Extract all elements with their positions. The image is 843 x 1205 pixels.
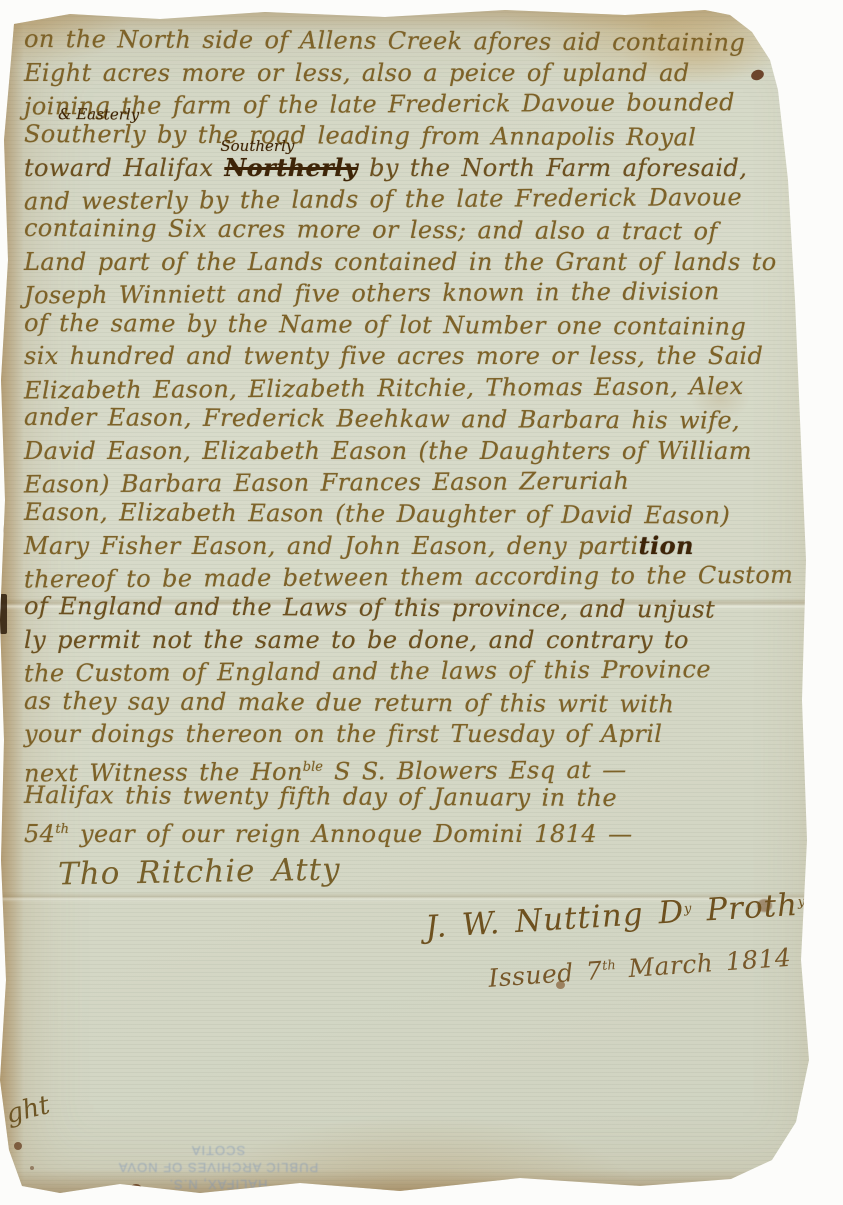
text-line: Elizabeth Eason, Elizabeth Ritchie, Thom… [24, 370, 824, 406]
stamp-line: PUBLIC ARCHIVES OF NOVA SCOTIA [92, 1142, 344, 1176]
scanned-document: on the North side of Allens Creek afores… [0, 0, 843, 1205]
text-line: & EasterlySoutherly by the road leading … [24, 118, 824, 154]
text-line-text: 54 [24, 820, 55, 848]
text-line: containing Six acres more or less; and a… [24, 213, 824, 249]
text-line: as they say and make due return of this … [24, 685, 824, 721]
text-line-text: by the North Farm aforesaid, [358, 154, 747, 182]
interline-correction: & Easterly [58, 107, 139, 122]
superscript: ble [303, 759, 323, 774]
text-line: of the same by the Name of lot Number on… [24, 307, 824, 343]
text-line: thereof to be made between them accordin… [24, 559, 824, 595]
superscript: y [797, 894, 805, 909]
paper-sheet: on the North side of Allens Creek afores… [0, 0, 843, 1205]
stain [806, 232, 824, 258]
stamp-line: HALIFAX, N.S. [92, 1176, 344, 1193]
text-line: and westerly by the lands of the late Fr… [24, 181, 824, 217]
signature-attorney: Tho Ritchie Atty [58, 852, 341, 893]
superscript: th [602, 958, 617, 974]
text-line: your doings thereon on the first Tuesday… [24, 719, 824, 751]
text-line: Eason, Elizabeth Eason (the Daughter of … [24, 496, 824, 532]
manuscript-body: on the North side of Allens Creek afores… [24, 26, 824, 845]
text-line: joining the farm of the late Frederick D… [24, 87, 824, 123]
struck-word: Northerly [224, 153, 358, 182]
text-line: Mary Fisher Eason, and John Eason, deny … [24, 530, 824, 562]
text-line-text: Southerly by the road leading from Annap… [24, 119, 696, 151]
ink-blot [0, 520, 4, 536]
text-line-text: Mary Fisher Eason, and John Eason, deny … [24, 532, 639, 560]
archives-stamp: HALIFAX, N.S. PUBLIC ARCHIVES OF NOVA SC… [92, 1142, 344, 1193]
text-line: ander Eason, Frederick Beehkaw and Barba… [24, 402, 824, 438]
signature-text: Proth [690, 887, 799, 929]
text-line: ly permit not the same to be done, and c… [24, 625, 824, 657]
text-line: 54th year of our reign Annoque Domini 18… [24, 814, 824, 846]
interline-correction: Southerly [220, 139, 294, 154]
ink-blot [0, 594, 7, 634]
text-line: Eight acres more or less, also a peice o… [24, 58, 824, 90]
superscript: th [55, 822, 69, 837]
text-line: Eason) Barbara Eason Frances Eason Zerur… [24, 465, 824, 501]
text-line-text: year of our reign Annoque Domini 1814 — [69, 820, 633, 848]
text-line-text: S S. Blowers Esq at — [323, 755, 627, 785]
text-line: next Witness the Honble S S. Blowers Esq… [24, 748, 824, 784]
overwritten-word: tion [639, 531, 694, 560]
text-line-text: toward Halifax [24, 154, 224, 182]
text-line: of England and the Laws of this province… [24, 591, 824, 627]
corrected-passage: SoutherlyNortherly [224, 152, 358, 185]
text-line: David Eason, Elizabeth Eason (the Daught… [24, 436, 824, 468]
text-line: Land part of the Lands contained in the … [24, 247, 824, 279]
text-line: Joseph Winniett and five others known in… [24, 276, 824, 312]
stain [815, 1005, 829, 1019]
text-line: Halifax this twenty fifth day of January… [24, 780, 824, 816]
text-line: the Custom of England and the laws of th… [24, 654, 824, 690]
text-line: toward Halifax SoutherlyNortherly by the… [24, 152, 824, 184]
text-line: six hundred and twenty five acres more o… [24, 341, 824, 373]
stain [14, 1142, 22, 1150]
text-line: on the North side of Allens Creek afores… [24, 24, 824, 60]
